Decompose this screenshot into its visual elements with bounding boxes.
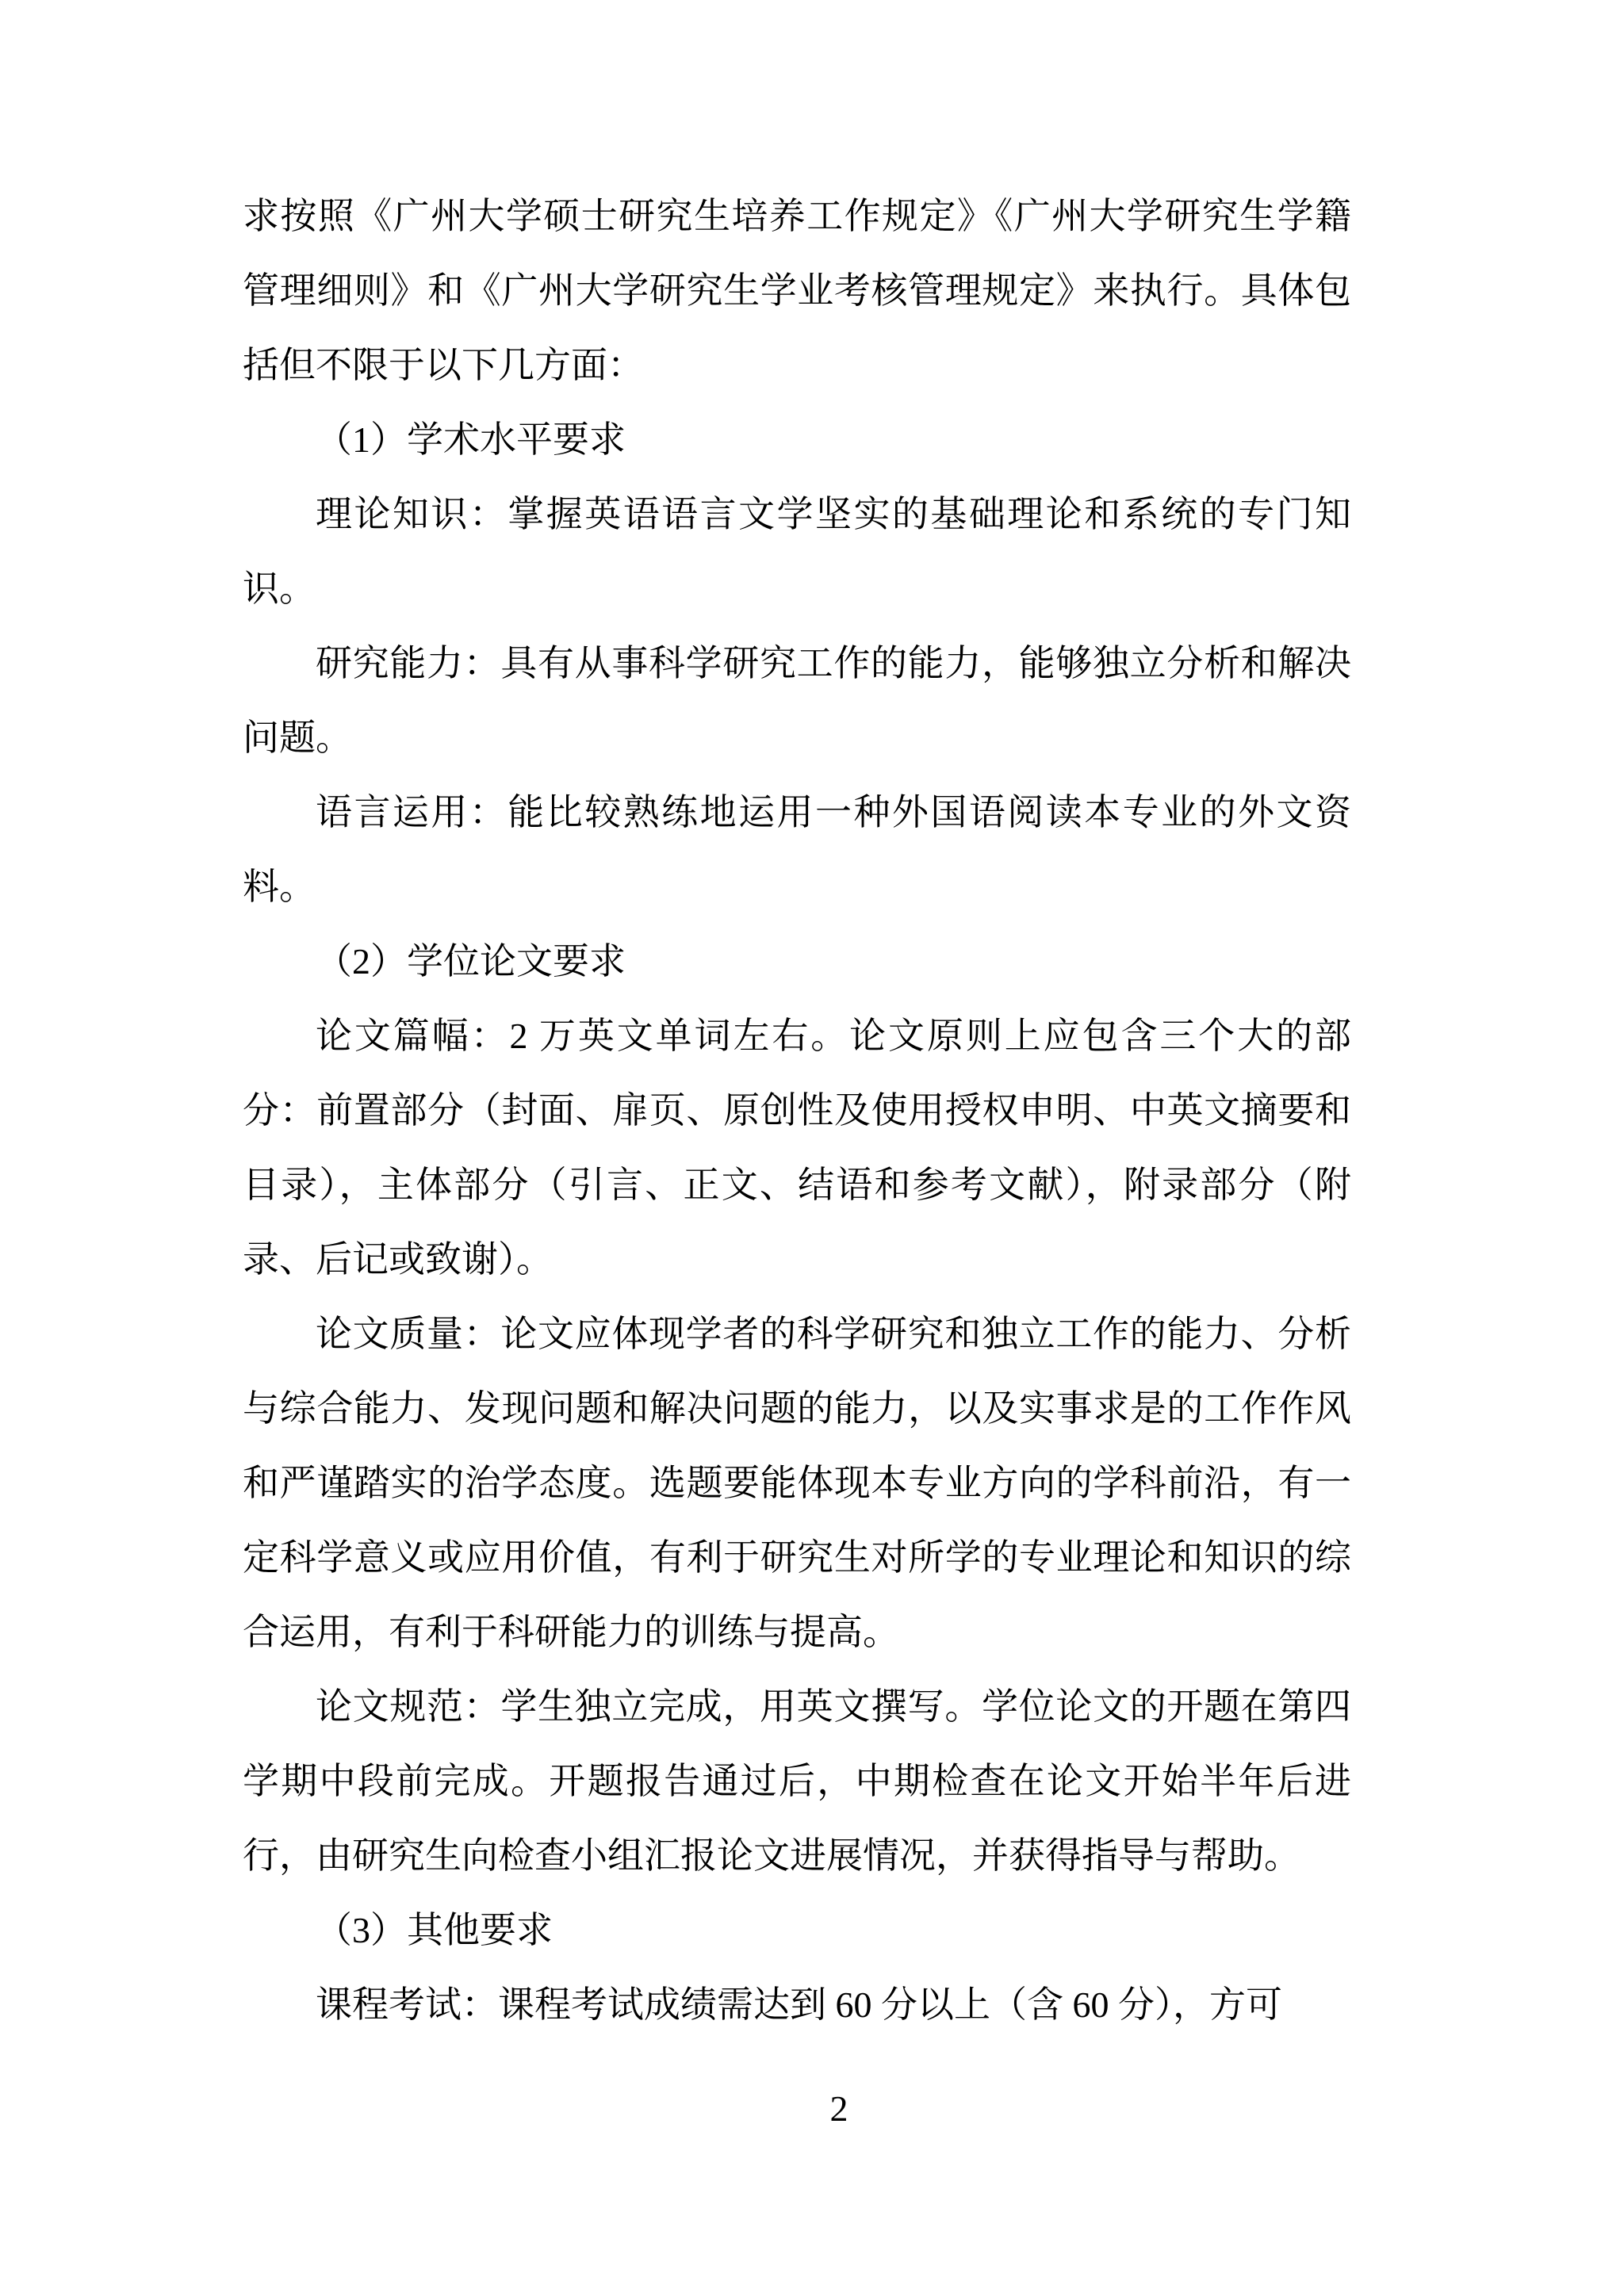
- document-body: 求按照《广州大学硕士研究生培养工作规定》《广州大学研究生学籍管理细则》和《广州大…: [243, 179, 1351, 2042]
- paragraph: （3）其他要求: [243, 1893, 1351, 1968]
- paragraph: 语言运用：能比较熟练地运用一种外国语阅读本专业的外文资料。: [243, 775, 1351, 924]
- paragraph: 求按照《广州大学硕士研究生培养工作规定》《广州大学研究生学籍管理细则》和《广州大…: [243, 179, 1351, 403]
- paragraph: 论文篇幅：2 万英文单词左右。论文原则上应包含三个大的部分：前置部分（封面、扉页…: [243, 999, 1351, 1297]
- paragraph: 课程考试：课程考试成绩需达到 60 分以上（含 60 分），方可: [243, 1968, 1351, 2042]
- paragraph: 研究能力：具有从事科学研究工作的能力，能够独立分析和解决问题。: [243, 626, 1351, 775]
- paragraph: 论文质量：论文应体现学者的科学研究和独立工作的能力、分析与综合能力、发现问题和解…: [243, 1297, 1351, 1670]
- paragraph: 论文规范：学生独立完成，用英文撰写。学位论文的开题在第四学期中段前完成。开题报告…: [243, 1670, 1351, 1893]
- paragraph: （2）学位论文要求: [243, 924, 1351, 999]
- page-number: 2: [799, 2087, 879, 2131]
- paragraph: （1）学术水平要求: [243, 403, 1351, 477]
- document-page: 求按照《广州大学硕士研究生培养工作规定》《广州大学研究生学籍管理细则》和《广州大…: [0, 0, 1624, 2296]
- paragraph: 理论知识：掌握英语语言文学坚实的基础理论和系统的专门知识。: [243, 477, 1351, 626]
